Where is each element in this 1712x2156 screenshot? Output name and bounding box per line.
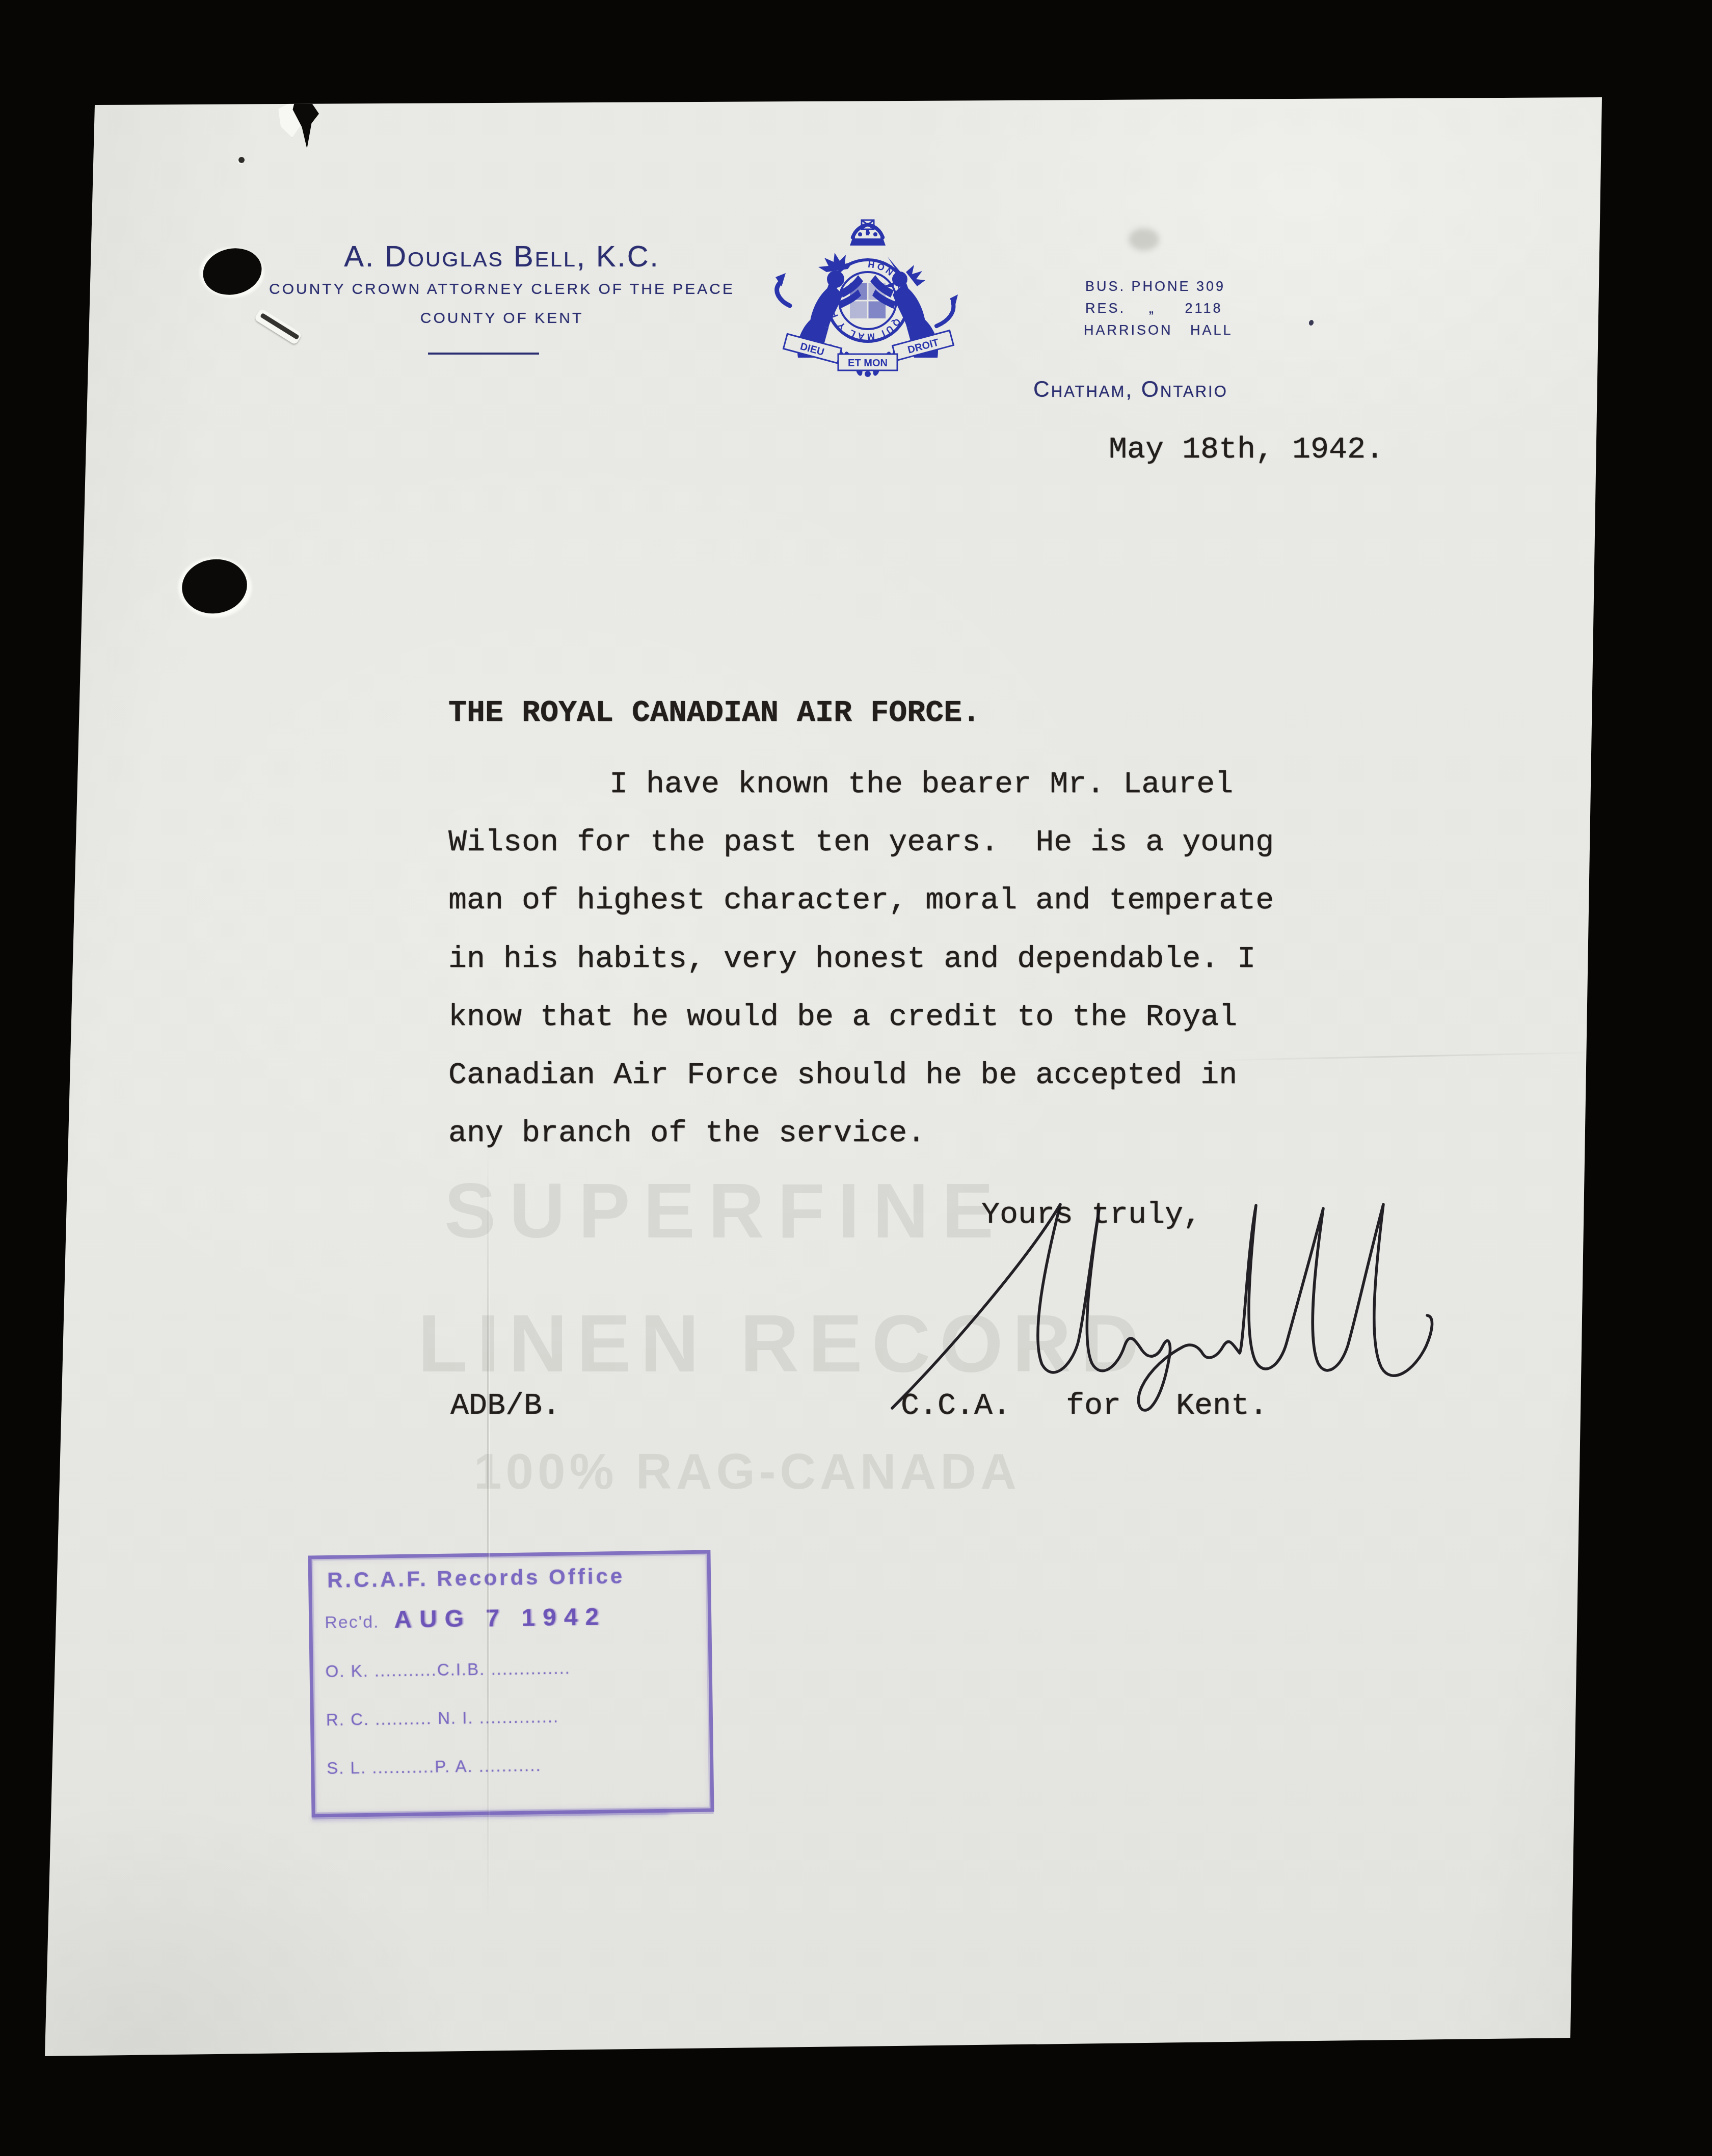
royal-coat-of-arms-icon: HONI SOIT QUI MAL Y PENSE <box>753 219 982 377</box>
watermark-line-3: 100% RAG-CANADA <box>474 1443 1021 1500</box>
letterhead-name: A. Douglas Bell, K.C. <box>285 239 718 274</box>
letterhead-hall: HARRISON HALL <box>1084 319 1233 341</box>
stamp-recd-label: Rec'd. <box>325 1612 380 1633</box>
stamp-recd-date: AUG 7 1942 <box>394 1603 607 1634</box>
paper-smudge <box>1129 228 1159 251</box>
fold-crease-horizontal <box>1213 1052 1600 1061</box>
letter-reference: ADB/B. <box>450 1389 560 1423</box>
paper-fleck <box>1308 319 1314 326</box>
fold-crease-highlight <box>489 1146 490 1921</box>
stamp-rc-line: R. C. .......... N. I. .............. <box>326 1707 559 1730</box>
letterhead-county-line: COUNTY OF KENT <box>234 310 769 327</box>
letter-date: May 18th, 1942. <box>1109 433 1384 467</box>
letter-body-line: know that he would be a credit to the Ro… <box>448 1000 1237 1035</box>
banner-etmon-text: ET MON <box>848 358 888 369</box>
letter-page: SUPERFINE LINEN RECORD 100% RAG-CANADA A… <box>0 0 1712 2156</box>
letterhead-divider-rule <box>428 353 539 355</box>
signature-handwriting <box>870 1178 1446 1417</box>
letter-salutation: THE ROYAL CANADIAN AIR FORCE. <box>448 696 980 731</box>
stamp-office-line: R.C.A.F. Records Office <box>327 1564 625 1593</box>
letterhead-title-line: COUNTY CROWN ATTORNEY CLERK OF THE PEACE <box>234 281 769 298</box>
scanned-letter-photo: SUPERFINE LINEN RECORD 100% RAG-CANADA A… <box>0 0 1712 2156</box>
letterhead-res-phone: RES. „ 2118 <box>1085 297 1223 319</box>
paper-pinhole <box>238 157 245 163</box>
stamp-sl-line: S. L. ...........P. A. ........... <box>327 1756 542 1778</box>
letter-body-line: in his habits, very honest and dependabl… <box>448 942 1255 977</box>
stamp-ok-line: O. K. ...........C.I.B. .............. <box>325 1658 571 1681</box>
letter-body-line: man of highest character, moral and temp… <box>448 883 1274 918</box>
rcaf-records-stamp: R.C.A.F. Records Office Rec'd. AUG 7 194… <box>308 1550 714 1818</box>
letterhead-bus-phone: BUS. PHONE 309 <box>1085 275 1225 298</box>
letter-body-line: Wilson for the past ten years. He is a y… <box>448 825 1274 860</box>
letter-body-line: I have known the bearer Mr. Laurel <box>609 767 1233 802</box>
letterhead-city: Chatham, Ontario <box>1033 377 1228 402</box>
letter-body-line: any branch of the service. <box>448 1116 925 1151</box>
letter-signature-title: C.C.A. for Kent. <box>901 1389 1268 1423</box>
letter-body-line: Canadian Air Force should he be accepted… <box>448 1058 1237 1093</box>
